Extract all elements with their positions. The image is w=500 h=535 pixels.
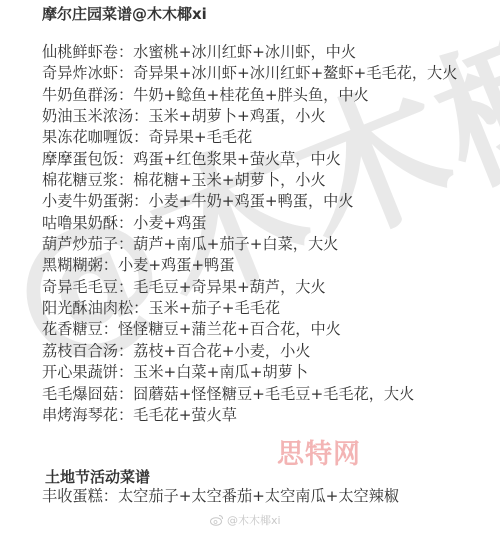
recipe-item: 棉花糖豆浆：棉花糖+玉米+胡萝卜，小火: [42, 170, 457, 191]
recipe-item: 葫芦炒茄子：葫芦+南瓜+茄子+白菜，大火: [42, 234, 457, 255]
recipe-item: 毛毛爆囧菇：囧蘑菇+怪怪糖豆+毛毛豆+毛毛花，大火: [42, 384, 457, 405]
recipe-item: 果冻花咖喱饭：奇异果+毛毛花: [42, 127, 457, 148]
recipe-item: 奇异毛毛豆：毛毛豆+奇异果+葫芦，大火: [42, 277, 457, 298]
recipe-item: 花香糖豆：怪怪糖豆+蒲兰花+百合花，中火: [42, 319, 457, 340]
recipe-item: 摩摩蛋包饭：鸡蛋+红色浆果+萤火草，中火: [42, 149, 457, 170]
recipe-item: 小麦牛奶蛋粥：小麦+牛奶+鸡蛋+鸭蛋，中火: [42, 191, 457, 212]
weibo-watermark: @木木椰xi: [210, 512, 281, 528]
site-watermark: 思特网: [277, 432, 361, 471]
recipe-item: 奶油玉米浓汤：玉米+胡萝卜+鸡蛋，小火: [42, 106, 457, 127]
recipe-list: 仙桃鲜虾卷：水蜜桃+冰川红虾+冰川虾，中火 奇异炸冰虾：奇异果+冰川虾+冰川红虾…: [42, 42, 457, 426]
section-title: 土地节活动菜谱: [45, 466, 150, 487]
recipe-item: 荔枝百合汤：荔枝+百合花+小麦，小火: [42, 341, 457, 362]
section-recipe-list: 丰收蛋糕：太空茄子+太空番茄+太空南瓜+太空辣椒: [42, 486, 399, 507]
weibo-handle: @木木椰xi: [227, 512, 281, 528]
recipe-item: 牛奶鱼群汤：牛奶+鲶鱼+桂花鱼+胖头鱼，中火: [42, 85, 457, 106]
recipe-item: 咕噜果奶酥：小麦+鸡蛋: [42, 213, 457, 234]
recipe-item: 仙桃鲜虾卷：水蜜桃+冰川红虾+冰川虾，中火: [42, 42, 457, 63]
recipe-item: 黑糊糊粥：小麦+鸡蛋+鸭蛋: [42, 255, 457, 276]
recipe-item: 开心果蔬饼：玉米+白菜+南瓜+胡萝卜: [42, 362, 457, 383]
recipe-item: 奇异炸冰虾：奇异果+冰川虾+冰川红虾+鳌虾+毛毛花，大火: [42, 63, 457, 84]
page-title: 摩尔庄园菜谱@木木椰xi: [42, 3, 207, 24]
document: 摩尔庄园菜谱@木木椰xi 仙桃鲜虾卷：水蜜桃+冰川红虾+冰川虾，中火 奇异炸冰虾…: [0, 0, 500, 535]
weibo-icon: [210, 514, 224, 526]
recipe-item: 阳光酥油肉松：玉米+茄子+毛毛花: [42, 298, 457, 319]
recipe-item: 串烤海琴花：毛毛花+萤火草: [42, 405, 457, 426]
recipe-item: 丰收蛋糕：太空茄子+太空番茄+太空南瓜+太空辣椒: [42, 486, 399, 507]
